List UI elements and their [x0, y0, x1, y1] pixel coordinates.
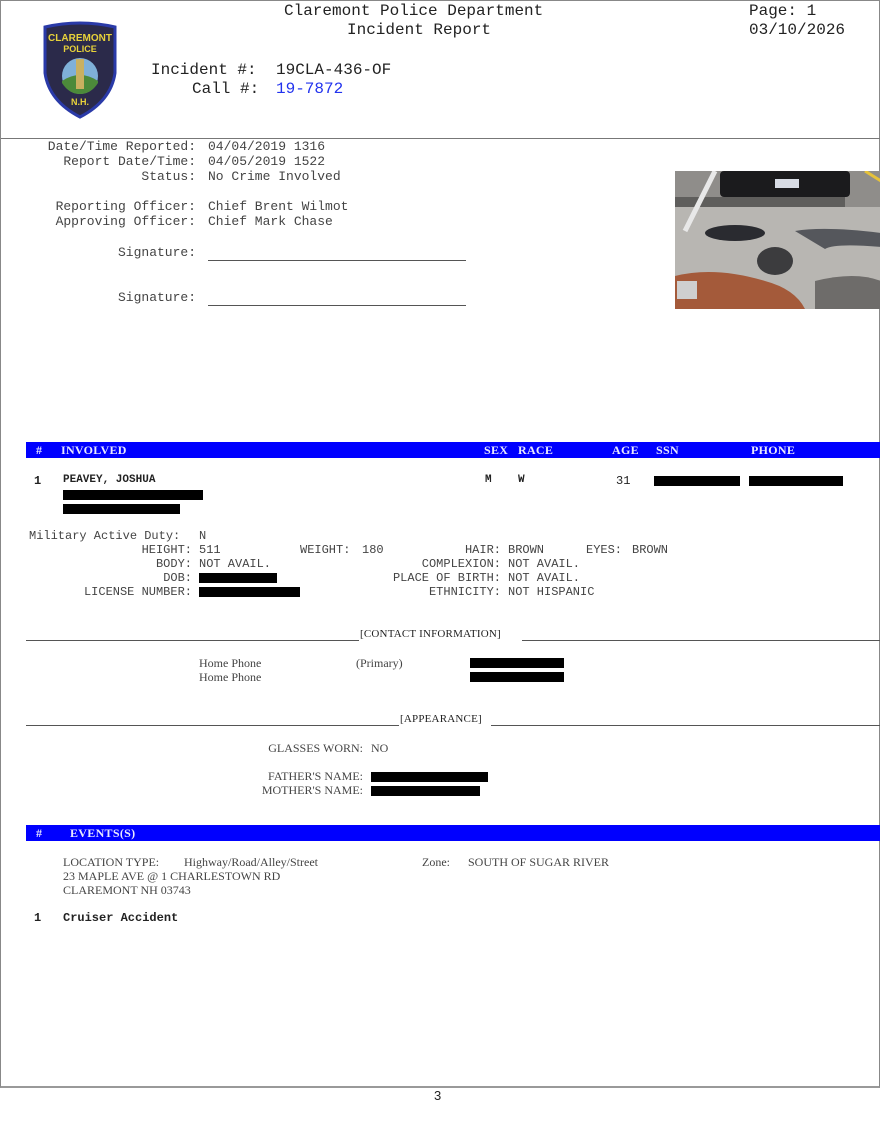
complexion-value: NOT AVAIL. — [508, 557, 580, 571]
address-line1: 23 MAPLE AVE @ 1 CHARLESTOWN RD — [63, 869, 280, 884]
ethnicity-value: NOT HISPANIC — [508, 585, 594, 599]
address-line2: CLAREMONT NH 03743 — [63, 883, 191, 898]
license-label: LICENSE NUMBER: — [84, 585, 192, 599]
redacted-dob — [199, 573, 277, 583]
height-value: 511 — [199, 543, 221, 557]
person-race: W — [518, 474, 525, 486]
contact-type: Home Phone — [199, 656, 261, 671]
col-sex: SEX — [484, 442, 508, 458]
col-events: EVENTS(S) — [70, 825, 135, 841]
location-type-value: Highway/Road/Alley/Street — [184, 855, 318, 870]
section-rule — [26, 640, 359, 641]
page-label: Page: 1 — [749, 2, 816, 20]
field-label: Date/Time Reported: — [48, 139, 196, 154]
section-rule — [491, 725, 880, 726]
col-num: # — [36, 825, 42, 841]
status-value: No Crime Involved — [208, 169, 341, 184]
zone-label: Zone: — [422, 855, 450, 870]
hair-value: BROWN — [508, 543, 544, 557]
person-age: 31 — [616, 474, 630, 488]
reporting-officer-value: Chief Brent Wilmot — [208, 199, 348, 214]
contact-title: [CONTACT INFORMATION] — [360, 628, 501, 640]
print-date: 03/10/2026 — [749, 21, 845, 39]
call-number[interactable]: 19-7872 — [276, 80, 343, 98]
pob-value: NOT AVAIL. — [508, 571, 580, 585]
field-label: Status: — [141, 169, 196, 184]
height-label: HEIGHT: — [142, 543, 192, 557]
involved-header-bar: # INVOLVED SEX RACE AGE SSN PHONE — [26, 442, 880, 458]
military-label: Military Active Duty: — [29, 529, 180, 543]
department-name: Claremont Police Department — [284, 2, 543, 20]
redacted-ssn — [654, 476, 740, 486]
hair-label: HAIR: — [465, 543, 501, 557]
signature-line[interactable] — [208, 260, 466, 261]
glasses-label: GLASSES WORN: — [268, 741, 363, 756]
complexion-label: COMPLEXION: — [422, 557, 501, 571]
person-sex: M — [485, 474, 492, 486]
page-number: 3 — [434, 1088, 441, 1103]
scene-photo — [675, 171, 880, 309]
report-page: CLAREMONT POLICE N.H. Claremont Police D… — [0, 0, 880, 1088]
signature-label: Signature: — [118, 290, 196, 305]
zone-value: SOUTH OF SUGAR RIVER — [468, 855, 609, 870]
redacted-home-phone — [470, 672, 564, 682]
dob-label: DOB: — [163, 571, 192, 585]
svg-text:N.H.: N.H. — [71, 97, 89, 107]
appearance-title: [APPEARANCE] — [400, 713, 482, 725]
col-age: AGE — [612, 442, 639, 458]
eyes-label: EYES: — [586, 543, 622, 557]
father-label: FATHER'S NAME: — [268, 769, 363, 784]
call-label: Call #: — [192, 80, 259, 98]
incident-label: Incident #: — [151, 61, 257, 79]
date-reported-value: 04/04/2019 1316 — [208, 139, 325, 154]
person-num: 1 — [34, 474, 41, 488]
field-label: Approving Officer: — [56, 214, 196, 229]
redacted-home-phone — [470, 658, 564, 668]
event-name: Cruiser Accident — [63, 911, 178, 925]
redacted-license — [199, 587, 300, 597]
svg-text:POLICE: POLICE — [64, 44, 98, 54]
body-label: BODY: — [156, 557, 192, 571]
redacted-address-line2 — [63, 504, 180, 514]
eyes-value: BROWN — [632, 543, 668, 557]
signature-line[interactable] — [208, 305, 466, 306]
event-num: 1 — [34, 911, 41, 925]
redacted-phone — [749, 476, 843, 486]
section-rule — [26, 725, 399, 726]
col-involved: INVOLVED — [61, 442, 127, 458]
section-rule — [522, 640, 880, 641]
field-label: Reporting Officer: — [56, 199, 196, 214]
contact-type: Home Phone — [199, 670, 261, 685]
ethnicity-label: ETHNICITY: — [429, 585, 501, 599]
contact-tag: (Primary) — [356, 656, 403, 671]
report-date-value: 04/05/2019 1522 — [208, 154, 325, 169]
col-race: RACE — [518, 442, 553, 458]
col-num: # — [36, 442, 42, 458]
person-name: PEAVEY, JOSHUA — [63, 474, 155, 486]
police-badge-icon: CLAREMONT POLICE N.H. — [3, 3, 81, 101]
redacted-address-line1 — [63, 490, 203, 500]
redacted-mother-name — [371, 786, 480, 796]
weight-value: 180 — [362, 543, 384, 557]
field-label: Report Date/Time: — [63, 154, 196, 169]
weight-label: WEIGHT: — [300, 543, 350, 557]
incident-number: 19CLA-436-OF — [276, 61, 391, 79]
military-value: N — [199, 529, 206, 543]
approving-officer-value: Chief Mark Chase — [208, 214, 333, 229]
svg-text:CLAREMONT: CLAREMONT — [48, 33, 112, 44]
col-phone: PHONE — [751, 442, 795, 458]
mother-label: MOTHER'S NAME: — [262, 783, 363, 798]
location-type-label: LOCATION TYPE: — [63, 855, 159, 870]
body-value: NOT AVAIL. — [199, 557, 271, 571]
events-header-bar: # EVENTS(S) — [26, 825, 880, 841]
glasses-value: NO — [371, 741, 388, 756]
pob-label: PLACE OF BIRTH: — [393, 571, 501, 585]
redacted-father-name — [371, 772, 488, 782]
report-type: Incident Report — [347, 21, 491, 39]
signature-label: Signature: — [118, 245, 196, 260]
col-ssn: SSN — [656, 442, 679, 458]
